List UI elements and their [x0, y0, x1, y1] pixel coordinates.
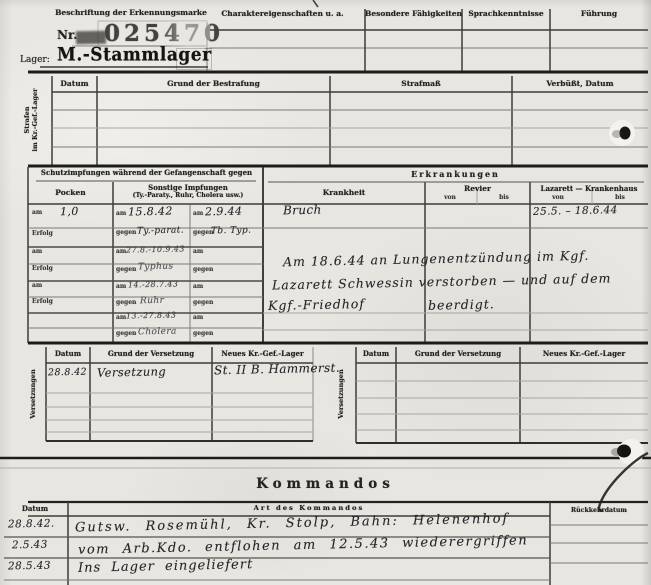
bis-label: bis: [600, 195, 640, 201]
punishments-side-label-line2: im Kr.-Gef.-Lager: [31, 65, 39, 175]
transfers-col-reason: Grund der Versetzung: [90, 350, 212, 357]
punishments-col-served: Verbüßt, Datum: [512, 80, 648, 88]
gegen-label: gegen: [116, 300, 136, 306]
kommando-date: 28.5.43: [8, 561, 51, 573]
transfer-date-entry: 28.8.42: [48, 368, 87, 379]
vaccination-against: Cholera: [138, 328, 177, 338]
col-illness: Krankheit: [263, 189, 425, 197]
von-label: von: [430, 195, 470, 201]
transfers-col-newcamp: Neues Kr.-Gef.-Lager: [520, 350, 648, 357]
smallpox-dose-value: 1,0: [60, 206, 79, 218]
illness-entry: Bruch: [283, 204, 322, 217]
vaccination-against: Ruhr: [140, 297, 164, 307]
transfers-col-date: Datum: [46, 350, 90, 357]
kommandos-col-type: Art des Kommandos: [68, 505, 550, 512]
kommando-date: 28.8.42.: [8, 519, 55, 531]
col-smallpox: Pocken: [28, 189, 113, 197]
am-label: am: [116, 211, 126, 217]
vaccination-date: 27.8.-10.9.43: [126, 245, 185, 255]
punishments-col-date: Datum: [52, 80, 97, 88]
am-label: am: [193, 211, 203, 217]
hole-punch-top: [609, 120, 635, 146]
col-conduct: Führung: [550, 10, 648, 18]
vaccinations-title: Schutzimpfungen während der Gefangenscha…: [30, 169, 263, 176]
am-label: am: [193, 315, 203, 321]
vaccination-date: 2.9.44: [205, 206, 243, 218]
col-sickbay: Revier: [425, 185, 530, 193]
am-label: am: [116, 315, 126, 321]
transfers-side-label: Versetzungen: [337, 339, 345, 449]
col-language-skills: Sprachkenntnisse: [462, 10, 550, 18]
vaccination-date: 15.8.42: [128, 206, 173, 218]
punishments-col-sentence: Strafmaß: [330, 80, 512, 88]
erfolg-label: Erfolg: [32, 231, 53, 237]
am-label: am: [116, 284, 126, 290]
am-label: am: [193, 284, 203, 290]
bis-label: bis: [484, 195, 524, 201]
punishments-side-label: Strafen im Kr.-Gef.-Lager: [23, 65, 39, 175]
gegen-label: gegen: [116, 331, 136, 337]
transfers-col-date: Datum: [356, 350, 396, 357]
death-note-line3-end: beerdigt.: [428, 297, 495, 312]
kommando-date: 2.5.43: [12, 540, 48, 552]
erfolg-label: Erfolg: [32, 299, 53, 305]
transfer-newcamp-entry: St. II B. Hammerst.: [214, 362, 340, 377]
punishments-col-reason: Grund der Bestrafung: [97, 80, 330, 88]
pow-record-card: Beschriftung der Erkennungsmarke Nr. 025…: [0, 0, 651, 585]
am-label: am: [32, 283, 42, 289]
am-label: am: [193, 249, 203, 255]
vaccination-against: Ty.-parat.: [137, 227, 184, 237]
gegen-label: gegen: [116, 267, 136, 273]
pen-tick: [313, 0, 318, 7]
vaccination-date: 14.-28.7.43: [128, 280, 179, 289]
col-hospital: Lazarett — Krankenhaus: [530, 185, 648, 192]
illnesses-title: Erkrankungen: [263, 170, 648, 178]
kommandos-title: Kommandos: [0, 477, 651, 491]
gegen-label: gegen: [116, 230, 136, 236]
death-note-line3: Kgf.-Friedhof: [268, 297, 365, 312]
am-label: am: [116, 249, 126, 255]
col-other-vaccinations: Sonstige Impfungen: [113, 184, 263, 191]
ink-smudge: [76, 31, 106, 45]
nr-label: Nr.: [57, 29, 77, 42]
kommandos-col-date: Datum: [2, 505, 68, 512]
vaccination-against: Typhus: [138, 263, 174, 273]
am-label: am: [32, 210, 42, 216]
am-label: am: [32, 249, 42, 255]
transfers-side-label: Versetzungen: [29, 339, 37, 449]
hospital-dates-entry: 25.5. – 18.6.44: [533, 205, 618, 218]
vaccination-date: 13.-27.8.43: [126, 311, 177, 320]
gegen-label: gegen: [193, 267, 213, 273]
kommandos-col-return: Rückkehrdatum: [550, 508, 648, 515]
transfers-col-newcamp: Neues Kr.-Gef.-Lager: [212, 350, 313, 357]
col-other-vaccinations-sub: (Ty.-Paraty., Ruhr, Cholera usw.): [113, 193, 263, 200]
transfers-col-reason: Grund der Versetzung: [396, 350, 520, 357]
punishments-side-label-line1: Strafen: [23, 65, 31, 175]
erfolg-label: Erfolg: [32, 266, 53, 272]
gegen-label: gegen: [193, 300, 213, 306]
gegen-label: gegen: [193, 331, 213, 337]
von-label: von: [538, 195, 578, 201]
tag-inscription-label: Beschriftung der Erkennungsmarke: [50, 9, 212, 17]
vaccination-against: Tb. Typ.: [211, 227, 252, 237]
col-special-skills: Besondere Fähigkeiten: [365, 10, 462, 18]
faint-stamp-box: [176, 48, 212, 70]
col-character-traits: Charaktereigenschaften u. a.: [200, 10, 365, 18]
transfer-reason-entry: Versetzung: [97, 365, 166, 379]
